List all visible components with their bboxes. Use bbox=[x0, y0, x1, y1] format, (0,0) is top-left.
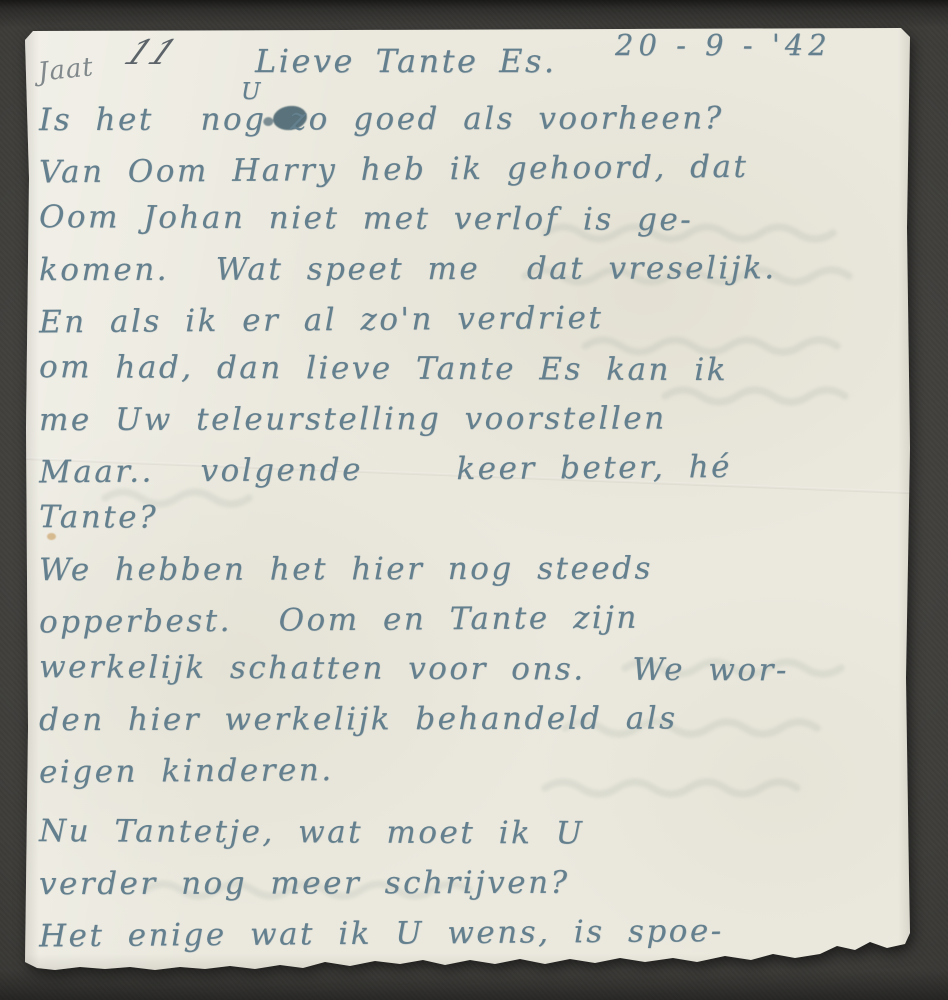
page-number: 11 bbox=[117, 33, 186, 73]
handwritten-line: om had, dan lieve Tante Es kan ik bbox=[39, 342, 904, 396]
handwritten-line: En als ik er al zo'n verdriet bbox=[39, 291, 904, 348]
letter-date: 20 - 9 - '42 bbox=[615, 28, 832, 62]
handwritten-line: komen. Wat speet me dat vreselijk. bbox=[39, 243, 904, 295]
handwritten-line: Oom Johan niet met verlof is ge- bbox=[39, 192, 904, 246]
letter-scan: Jaat 11 Lieve Tante Es. 20 - 9 - '42 U I… bbox=[25, 28, 910, 970]
handwritten-line: me Uw teleurstelling voorstellen bbox=[39, 393, 904, 445]
handwritten-line: Nu Tantetje, wat moet ik U bbox=[39, 806, 904, 860]
photo-background: Jaat 11 Lieve Tante Es. 20 - 9 - '42 U I… bbox=[0, 0, 948, 1000]
handwritten-line: den hier werkelijk behandeld als bbox=[39, 693, 904, 745]
handwritten-line: Tante? bbox=[39, 492, 904, 546]
handwritten-line: eigen kinderen. bbox=[39, 741, 904, 798]
handwritten-line: verder nog meer schrijven? bbox=[39, 857, 904, 909]
handwritten-line: Maar.. volgende keer beter, hé bbox=[39, 441, 904, 498]
handwritten-line: Van Oom Harry heb ik gehoord, dat bbox=[39, 141, 904, 198]
letter-paper: Jaat 11 Lieve Tante Es. 20 - 9 - '42 U I… bbox=[25, 28, 910, 970]
handwritten-line: Het enige wat ik U wens, is spoe- bbox=[39, 905, 904, 962]
salutation: Lieve Tante Es. bbox=[255, 42, 557, 80]
letter-body: U Is het nog zo goed als voorheen? Van O… bbox=[39, 94, 904, 958]
handwritten-line: opperbest. Oom en Tante zijn bbox=[39, 591, 904, 648]
handwritten-line: Is het nog zo goed als voorheen? bbox=[39, 93, 904, 145]
handwritten-line: We hebben het hier nog steeds bbox=[39, 543, 904, 595]
handwritten-line: werkelijk schatten voor ons. We wor- bbox=[39, 642, 904, 696]
archive-annotation: Jaat bbox=[37, 52, 96, 88]
